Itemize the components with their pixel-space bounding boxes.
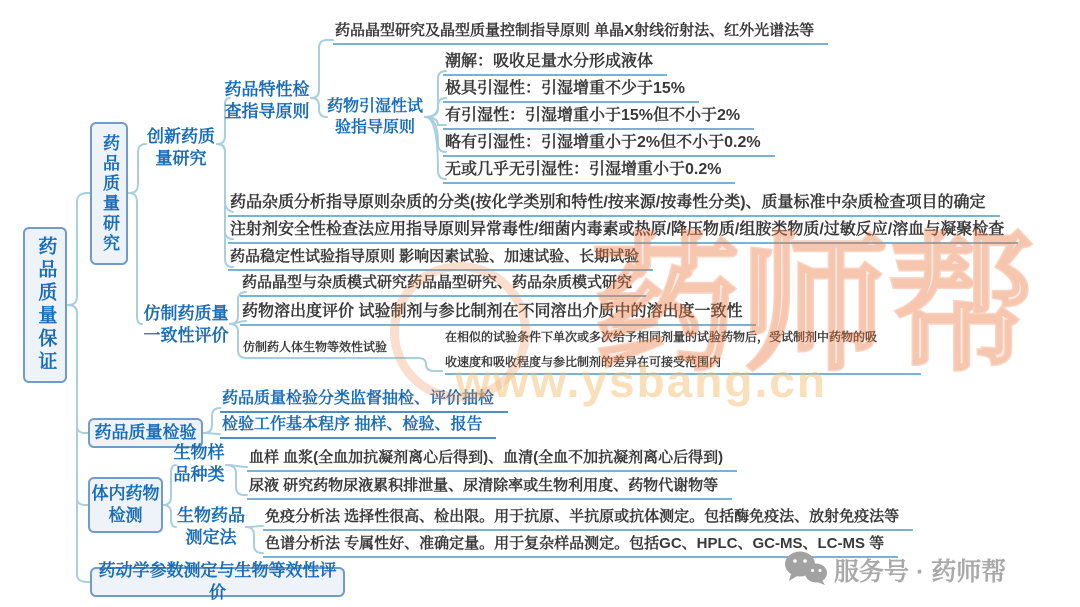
leaf-urine-sample: 尿液 研究药物尿液累积排泄量、尿清除率或生物利用度、药物代谢物等 [247, 477, 732, 500]
branch-pharmacokinetics: 药动学参数测定与生物等效性评价 [90, 567, 345, 597]
leaf-blood-sample: 血样 血浆(全血加抗凝剂离心后得到)、血清(全血不加抗凝剂离心后得到) [247, 449, 737, 472]
leaf-deliquescence: 潮解：吸收足量水分形成液体 [443, 52, 667, 76]
leaf-inspection-procedure: 检验工作基本程序 抽样、检验、报告 [220, 415, 496, 439]
bioequivalence-note-line1: 在相似的试验条件下单次或多次给予相同剂量的试验药物后，受试制剂中药物的吸 [445, 330, 877, 344]
wechat-icon [784, 551, 828, 585]
leaf-bioequivalence-trial: 仿制药人体生物等效性试验 [243, 340, 387, 354]
node-innovative-drug-quality: 创新药质量研究 [145, 126, 217, 171]
leaf-stability-test: 药品稳定性试验指导原则 影响因素试验、加速试验、长期试验 [228, 248, 653, 271]
node-characteristic-guideline: 药品特性检查指导原则 [223, 79, 311, 124]
root-node: 药品质量保证 [23, 227, 67, 383]
leaf-very-hygroscopic: 极具引湿性：引湿增重不少于15% [443, 79, 699, 103]
leaf-non-hygroscopic: 无或几乎无引湿性：引湿增重小于0.2% [443, 160, 735, 184]
node-bio-sample-types: 生物样品种类 [172, 442, 226, 487]
mindmap-canvas: 药品质量保证 药品质量研究 药品质量检验 体内药物检测 药动学参数测定与生物等效… [0, 0, 1080, 607]
node-bio-assay-methods: 生物药品测定法 [176, 505, 246, 550]
leaf-impurity-analysis: 药品杂质分析指导原则杂质的分类(按化学类别和特性/按来源/按毒性分类)、质量标准… [228, 193, 1000, 217]
node-generic-consistency: 仿制药质量一致性评价 [142, 303, 230, 348]
leaf-immunoassay: 免疫分析法 选择性很高、检出限。用于抗原、半抗原或抗体测定。包括酶免疫法、放射免… [263, 508, 913, 531]
branch-in-vivo-detection: 体内药物检测 [88, 477, 163, 533]
leaf-crystal-form-guideline: 药品晶型研究及晶型质量控制指导原则 单晶X射线衍射法、红外光谱法等 [333, 22, 828, 45]
leaf-injection-safety: 注射剂安全性检查法应用指导原则异常毒性/细菌内毒素或热原/降压物质/组胺类物质/… [228, 220, 1018, 244]
leaf-inspection-classification: 药品质量检验分类监督抽检、评价抽检 [220, 389, 508, 413]
node-hygroscopicity-guideline: 药物引湿性试验指导原则 [325, 96, 425, 138]
bioequivalence-note-line2: 收速度和吸收程度与参比制剂的差异在可接受范围内 [445, 355, 921, 375]
leaf-dissolution-evaluation: 药物溶出度评价 试验制剂与参比制剂在不同溶出介质中的溶出度一致性 [240, 302, 756, 326]
branch-quality-research: 药品质量研究 [90, 122, 128, 265]
leaf-slightly-hygroscopic: 略有引湿性：引湿增重小于2%但不小于0.2% [443, 133, 775, 157]
footer-account-name: 服务号 · 药师帮 [834, 552, 1006, 588]
leaf-hygroscopic: 有引湿性：引湿增重小于15%但不小于2% [443, 106, 754, 130]
leaf-crystal-impurity-mode: 药品晶型与杂质模式研究药品晶型研究、药品杂质模式研究 [240, 274, 646, 297]
